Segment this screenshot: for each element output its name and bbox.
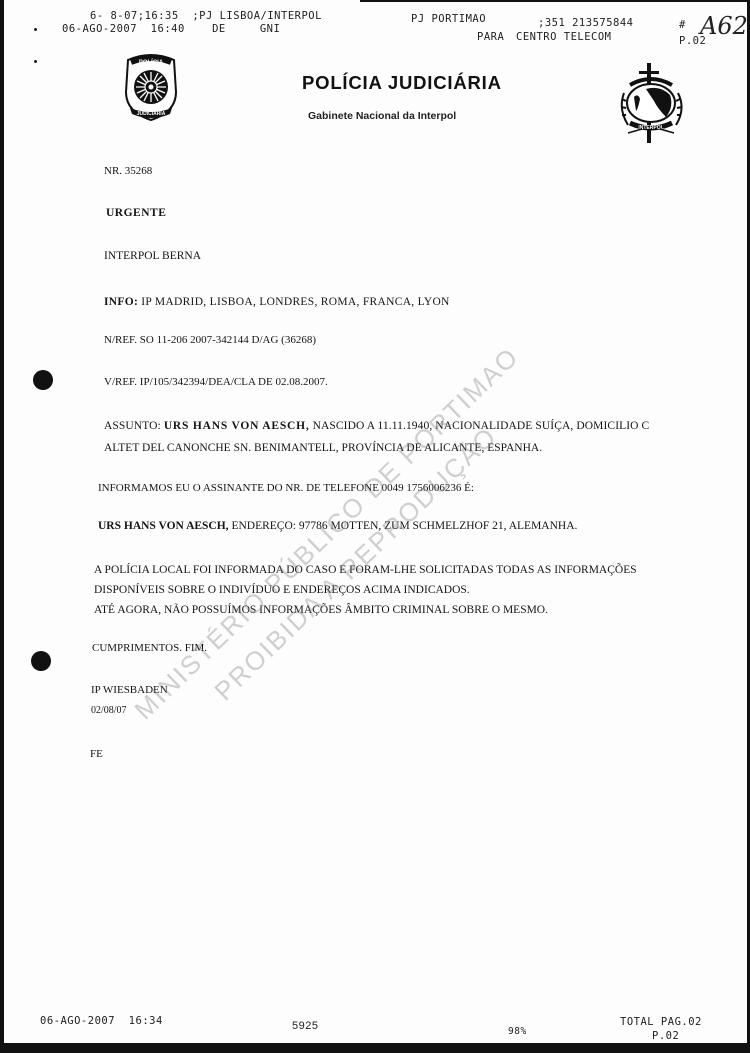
policia-judiciaria-badge-icon: POLÍCIA JUDICIÁRIA <box>122 52 180 122</box>
message-recipient: INTERPOL BERNA <box>104 250 201 262</box>
info-recipients: IP MADRID, LISBOA, LONDRES, ROMA, FRANCA… <box>141 296 449 308</box>
badge-bottom-text: JUDICIÁRIA <box>137 110 166 117</box>
emblem-text: INTERPOL <box>638 125 663 131</box>
punch-hole <box>31 651 51 671</box>
interpol-emblem-icon: INTERPOL <box>618 63 700 145</box>
scan-border-bottom <box>0 1043 750 1053</box>
our-reference: N/REF. SO 11-206 2007-342144 D/AG (36268… <box>104 334 316 346</box>
your-reference: V/REF. IP/105/342394/DEA/CLA DE 02.08.20… <box>104 376 328 388</box>
fax-header-date-line: 06-AGO-2007 16:40 DE GNI <box>62 23 280 35</box>
fax-header-para-label: PARA <box>477 31 504 43</box>
subject-line-1: ASSUNTO: URS HANS VON AESCH, NASCIDO A 1… <box>104 420 649 432</box>
speck-mark <box>34 60 37 63</box>
organization-subtitle: Gabinete Nacional da Interpol <box>308 110 456 122</box>
watermark-line-1: MINISTÉRIO PÚBLICO DE PORTIMAO <box>128 341 525 726</box>
fax-header-phone: ;351 213575844 <box>538 17 634 29</box>
scan-border-left <box>0 0 4 1053</box>
fax-header-sender-line: 6- 8-07;16:35 ;PJ LISBOA/INTERPOL <box>90 10 322 22</box>
handwritten-page-mark: A62 <box>700 12 748 40</box>
subscriber-name: URS HANS VON AESCH, <box>98 520 229 532</box>
fax-footer-quality: 98% <box>508 1026 527 1037</box>
subject-name: URS HANS VON AESCH, <box>164 420 310 432</box>
fax-header-destination: CENTRO TELECOM <box>516 31 612 43</box>
sent-date: 02/08/07 <box>91 705 127 716</box>
fax-footer-page: P.02 <box>652 1030 679 1042</box>
operator-initials: FE <box>90 748 103 760</box>
scan-border-top <box>360 0 750 2</box>
punch-hole <box>33 370 53 390</box>
subject-label: ASSUNTO: <box>104 420 161 432</box>
fax-footer-datetime: 06-AGO-2007 16:34 <box>40 1015 163 1027</box>
message-info: INFO: IP MADRID, LISBOA, LONDRES, ROMA, … <box>104 296 450 308</box>
speck-mark <box>34 28 37 31</box>
info-label: INFO: <box>104 296 138 308</box>
badge-top-text: POLÍCIA <box>139 58 164 66</box>
fax-footer-code: 5925 <box>292 1020 318 1032</box>
message-priority: URGENTE <box>106 207 166 219</box>
organization-title: POLÍCIA JUDICIÁRIA <box>302 72 502 94</box>
message-number: NR. 35268 <box>104 165 152 177</box>
fax-header-origin: PJ PORTIMAO <box>411 13 486 25</box>
fax-footer-total-pages: TOTAL PAG.02 <box>620 1016 702 1028</box>
fax-header-hash: # <box>679 19 686 31</box>
